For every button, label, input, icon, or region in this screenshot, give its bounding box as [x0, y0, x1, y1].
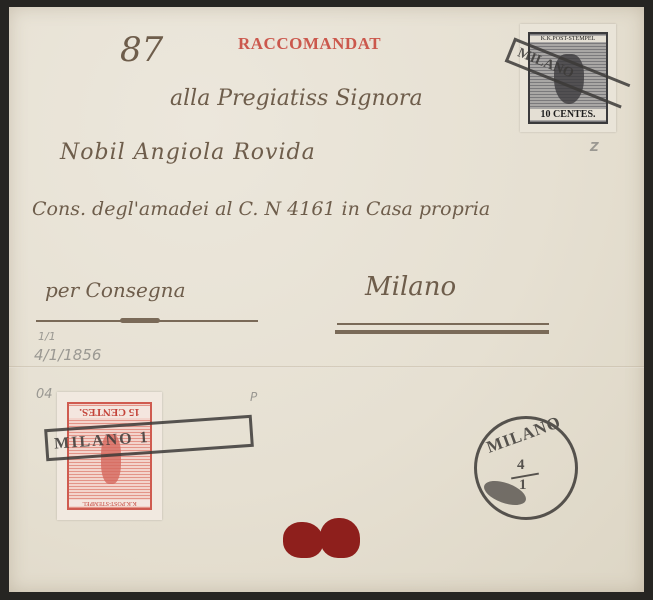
stamp-value-text: 10 CENTES. [530, 109, 606, 120]
delivery-note: per Consegna [45, 278, 186, 302]
registered-handstamp: RACCOMANDAT [238, 34, 381, 54]
manuscript-number: 87 [120, 30, 163, 70]
address-line-2: Nobil Angiola Rovida [60, 140, 316, 165]
destination-city: Milano [365, 272, 456, 302]
wax-seal-left [283, 522, 323, 558]
underline-city-top [337, 323, 549, 325]
stamp-top-text: K.K.POST-STEMPEL [69, 500, 150, 506]
underline-swell [120, 318, 160, 323]
address-line-3: Cons. degl'amadei al C. N 4161 in Casa p… [32, 198, 490, 220]
pencil-code: 04 [36, 387, 53, 402]
milano-date-stamp: MILANO 4 1 [474, 416, 578, 520]
stamp-top-text: K.K.POST-STEMPEL [530, 36, 606, 42]
pencil-fraction: 1/1 [38, 330, 56, 343]
underline-city-bottom [335, 330, 549, 334]
pencil-mark-z: Z [590, 140, 599, 154]
stamp-value-text: 15 CENTES. [69, 406, 150, 418]
pencil-date: 4/1/1856 [34, 346, 101, 364]
address-line-1: alla Pregiatiss Signora [170, 86, 423, 111]
cds-day: 4 [517, 457, 525, 474]
pencil-mark-triangle: P [250, 390, 257, 404]
fold-crease [9, 366, 644, 368]
wax-seal-right [320, 518, 360, 558]
